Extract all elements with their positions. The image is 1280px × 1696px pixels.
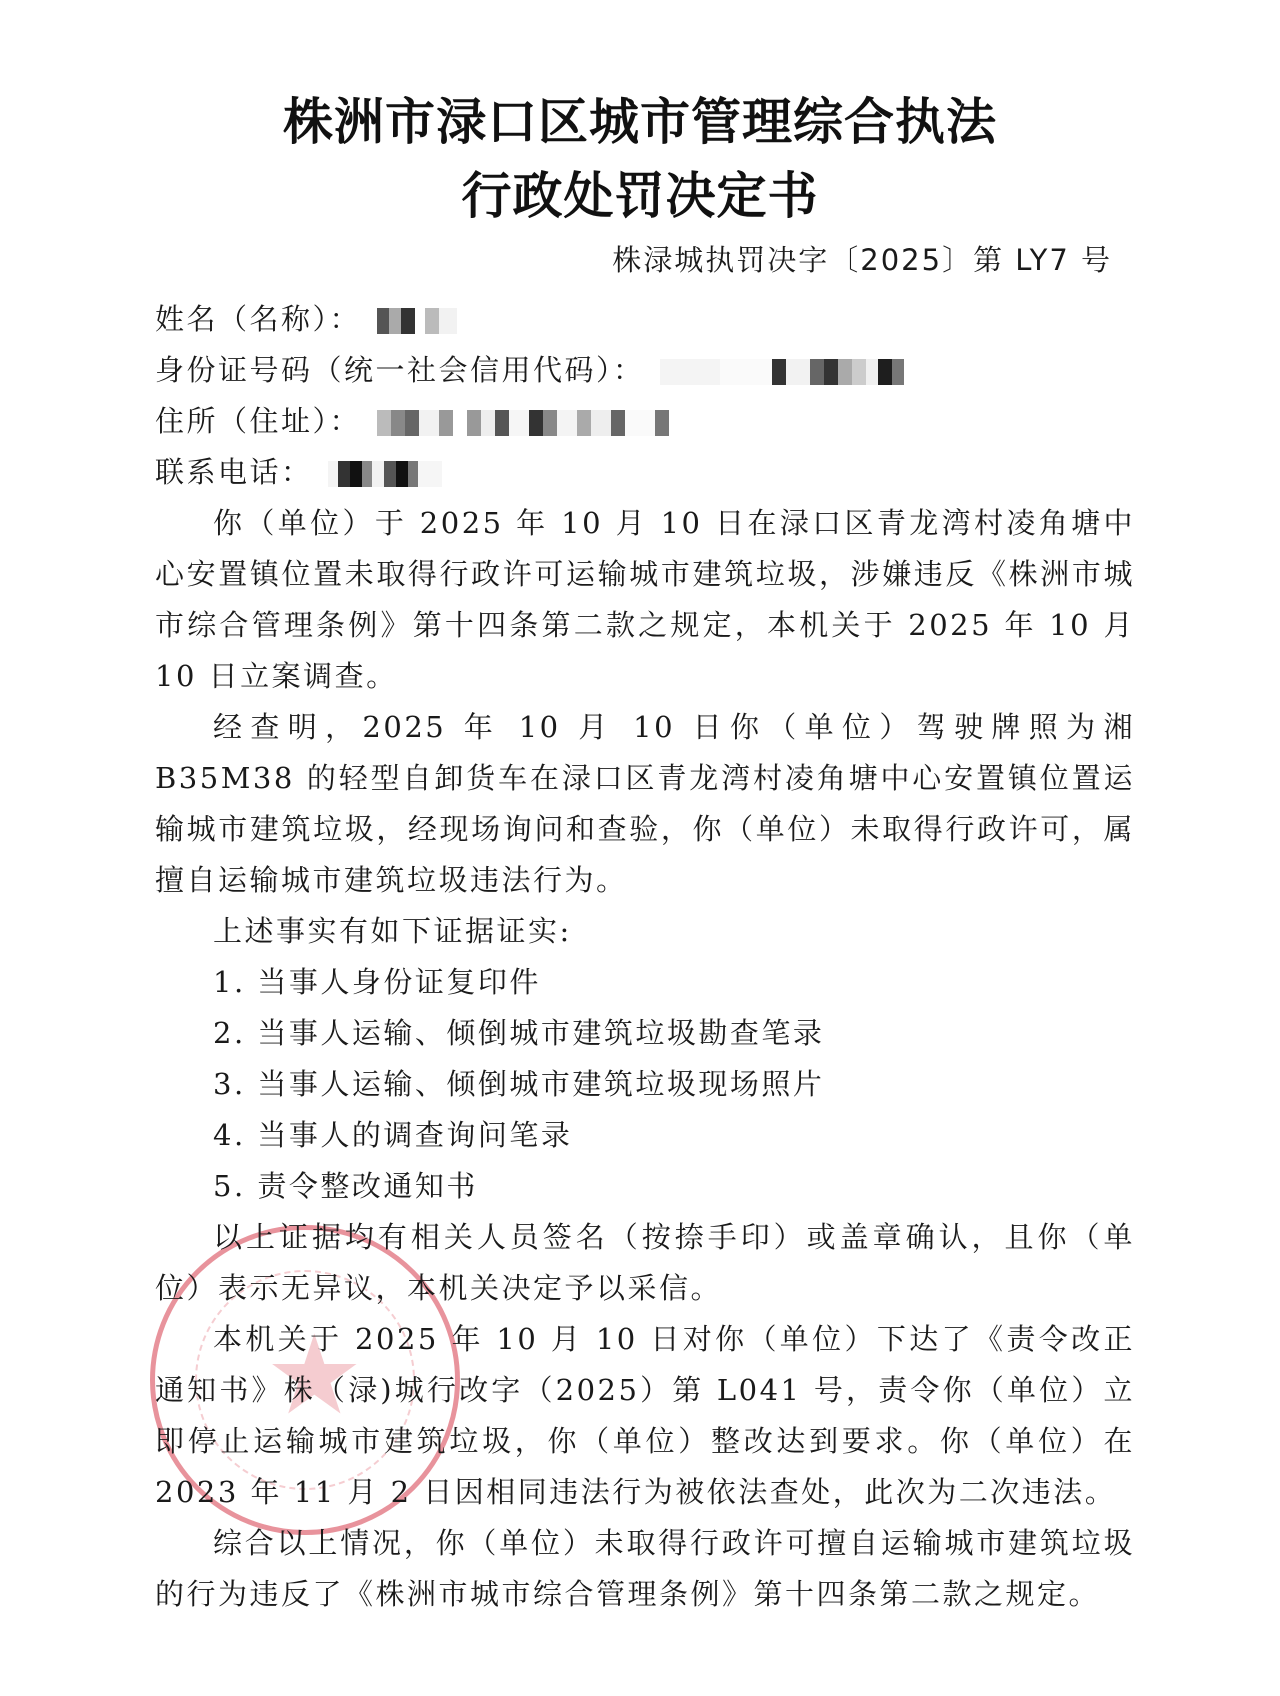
paragraph-rectification-order: 本机关于 2025 年 10 月 10 日对你（单位）下达了《责令改正通知书》株… xyxy=(155,1314,1135,1518)
evidence-item: 2. 当事人运输、倾倒城市建筑垃圾勘查笔录 xyxy=(155,1008,1135,1059)
evidence-item: 5. 责令整改通知书 xyxy=(155,1161,1135,1212)
document-number: 株渌城执罚决字〔2025〕第 LY7 号 xyxy=(612,240,1112,280)
evidence-list: 1. 当事人身份证复印件 2. 当事人运输、倾倒城市建筑垃圾勘查笔录 3. 当事… xyxy=(155,957,1135,1212)
paragraph-evidence-intro: 上述事实有如下证据证实: xyxy=(155,906,1135,957)
penalty-decision-document: 株洲市渌口区城市管理综合执法 行政处罚决定书 株渌城执罚决字〔2025〕第 LY… xyxy=(0,0,1280,1696)
paragraph-findings: 经查明，2025 年 10 月 10 日你（单位）驾驶牌照为湘 B35M38 的… xyxy=(155,702,1135,906)
field-phone: 联系电话： xyxy=(155,447,1135,498)
document-body: 姓名（名称）： 身份证号码（统一社会信用代码）： 住所（住址）： 联系电话： 你… xyxy=(155,294,1135,1620)
paragraph-conclusion: 综合以上情况，你（单位）未取得行政许可擅自运输城市建筑垃圾的行为违反了《株洲市城… xyxy=(155,1518,1135,1620)
field-address: 住所（住址）： xyxy=(155,396,1135,447)
redacted-id-number xyxy=(660,359,904,385)
document-title: 株洲市渌口区城市管理综合执法 xyxy=(0,92,1280,152)
evidence-item: 4. 当事人的调查询问笔录 xyxy=(155,1110,1135,1161)
paragraph-case-filing: 你（单位）于 2025 年 10 月 10 日在渌口区青龙湾村凌角塘中心安置镇位… xyxy=(155,498,1135,702)
redacted-address xyxy=(377,410,669,436)
id-number-label: 身份证号码（统一社会信用代码）： xyxy=(155,353,645,387)
evidence-item: 3. 当事人运输、倾倒城市建筑垃圾现场照片 xyxy=(155,1059,1135,1110)
redacted-phone xyxy=(328,461,442,487)
field-id-number: 身份证号码（统一社会信用代码）： xyxy=(155,345,1135,396)
redacted-name xyxy=(377,308,457,334)
evidence-item: 1. 当事人身份证复印件 xyxy=(155,957,1135,1008)
field-name: 姓名（名称）： xyxy=(155,294,1135,345)
document-subtitle: 行政处罚决定书 xyxy=(0,166,1280,226)
paragraph-evidence-acceptance: 以上证据均有相关人员签名（按捺手印）或盖章确认，且你（单位）表示无异议，本机关决… xyxy=(155,1212,1135,1314)
phone-label: 联系电话： xyxy=(155,455,313,489)
name-label: 姓名（名称）： xyxy=(155,302,361,336)
address-label: 住所（住址）： xyxy=(155,404,361,438)
